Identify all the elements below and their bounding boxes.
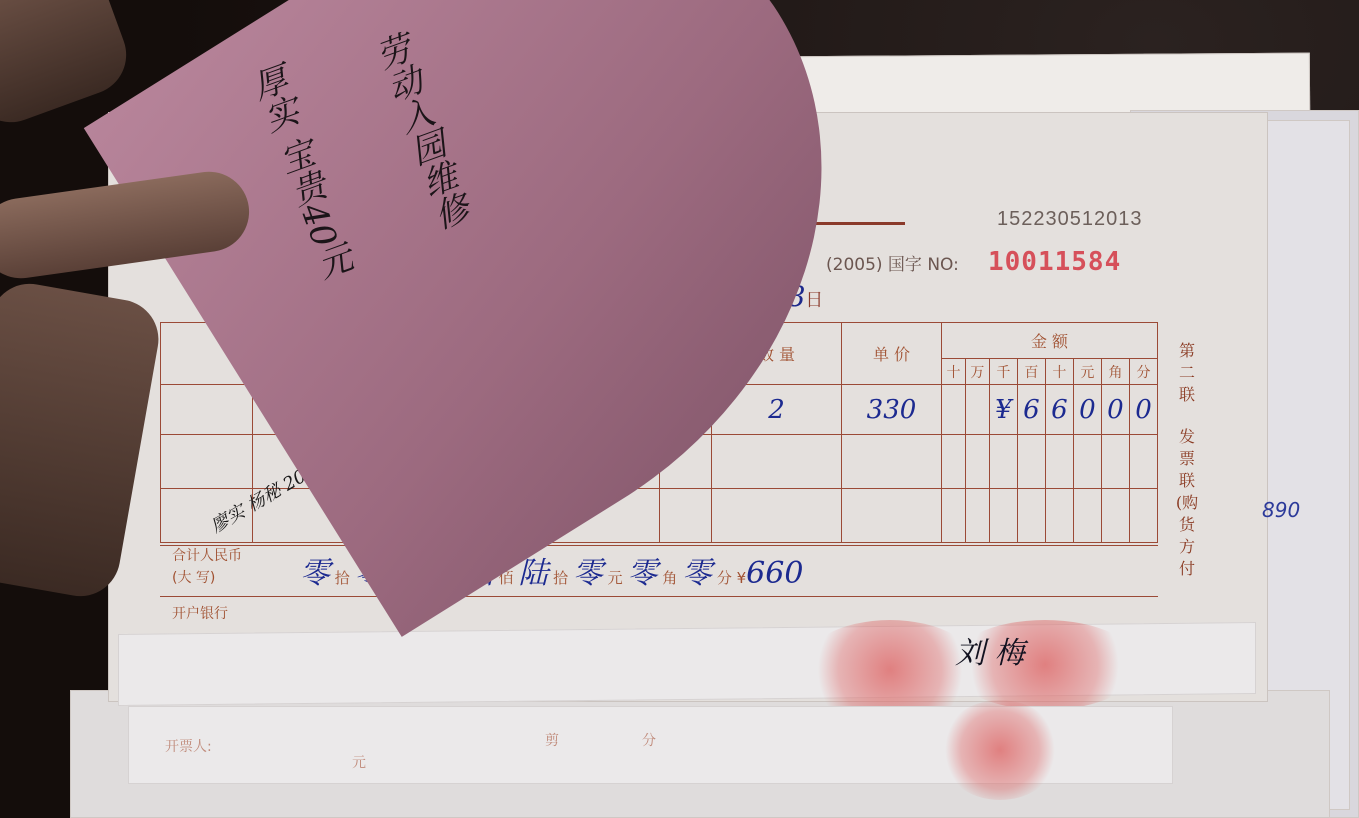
header-amount: 金 额 [942,323,1158,359]
amount-cell [942,385,966,435]
yuan-label: 元 [352,752,366,772]
header-unit-price: 单 价 [842,323,942,385]
serial-label: (2005) 国字 NO: [826,250,959,275]
amount-cell: 0 [1101,385,1129,435]
amount-cell: 0 [1129,385,1157,435]
serial-number: 10011584 [988,247,1121,277]
signature: 刘 梅 [955,628,1025,672]
amount-cell [965,385,989,435]
digit-header: 十 [942,359,966,385]
digit-header: 万 [965,359,989,385]
digit-header: 百 [1017,359,1045,385]
amount-cell: 6 [1045,385,1073,435]
amount-cell: 0 [1073,385,1101,435]
digit-header: 分 [1129,359,1157,385]
item-unit-price: 330 [842,385,942,435]
bank-label: 开户银行 [172,603,228,623]
amount-cell: ¥ [989,385,1017,435]
amount-cell: 6 [1017,385,1045,435]
table-row [161,489,1158,543]
digit-header: 角 [1101,359,1129,385]
digit-header: 元 [1073,359,1101,385]
margin-note-890: 890 [1262,498,1300,522]
copy-side-label: 第二联 发票联(购货方付 [1172,340,1202,580]
separate-label: 分 [642,730,656,750]
red-stamp-faded [940,700,1060,800]
drawer-label: 开票人: [165,736,212,756]
total-amount: 660 [746,556,803,591]
digit-header: 千 [989,359,1017,385]
total-label: 合计人民币 (大 写) [172,545,242,589]
cut-label: 剪 [545,730,559,750]
digit-header: 十 [1045,359,1073,385]
invoice-code: 152230512013 [997,208,1142,231]
